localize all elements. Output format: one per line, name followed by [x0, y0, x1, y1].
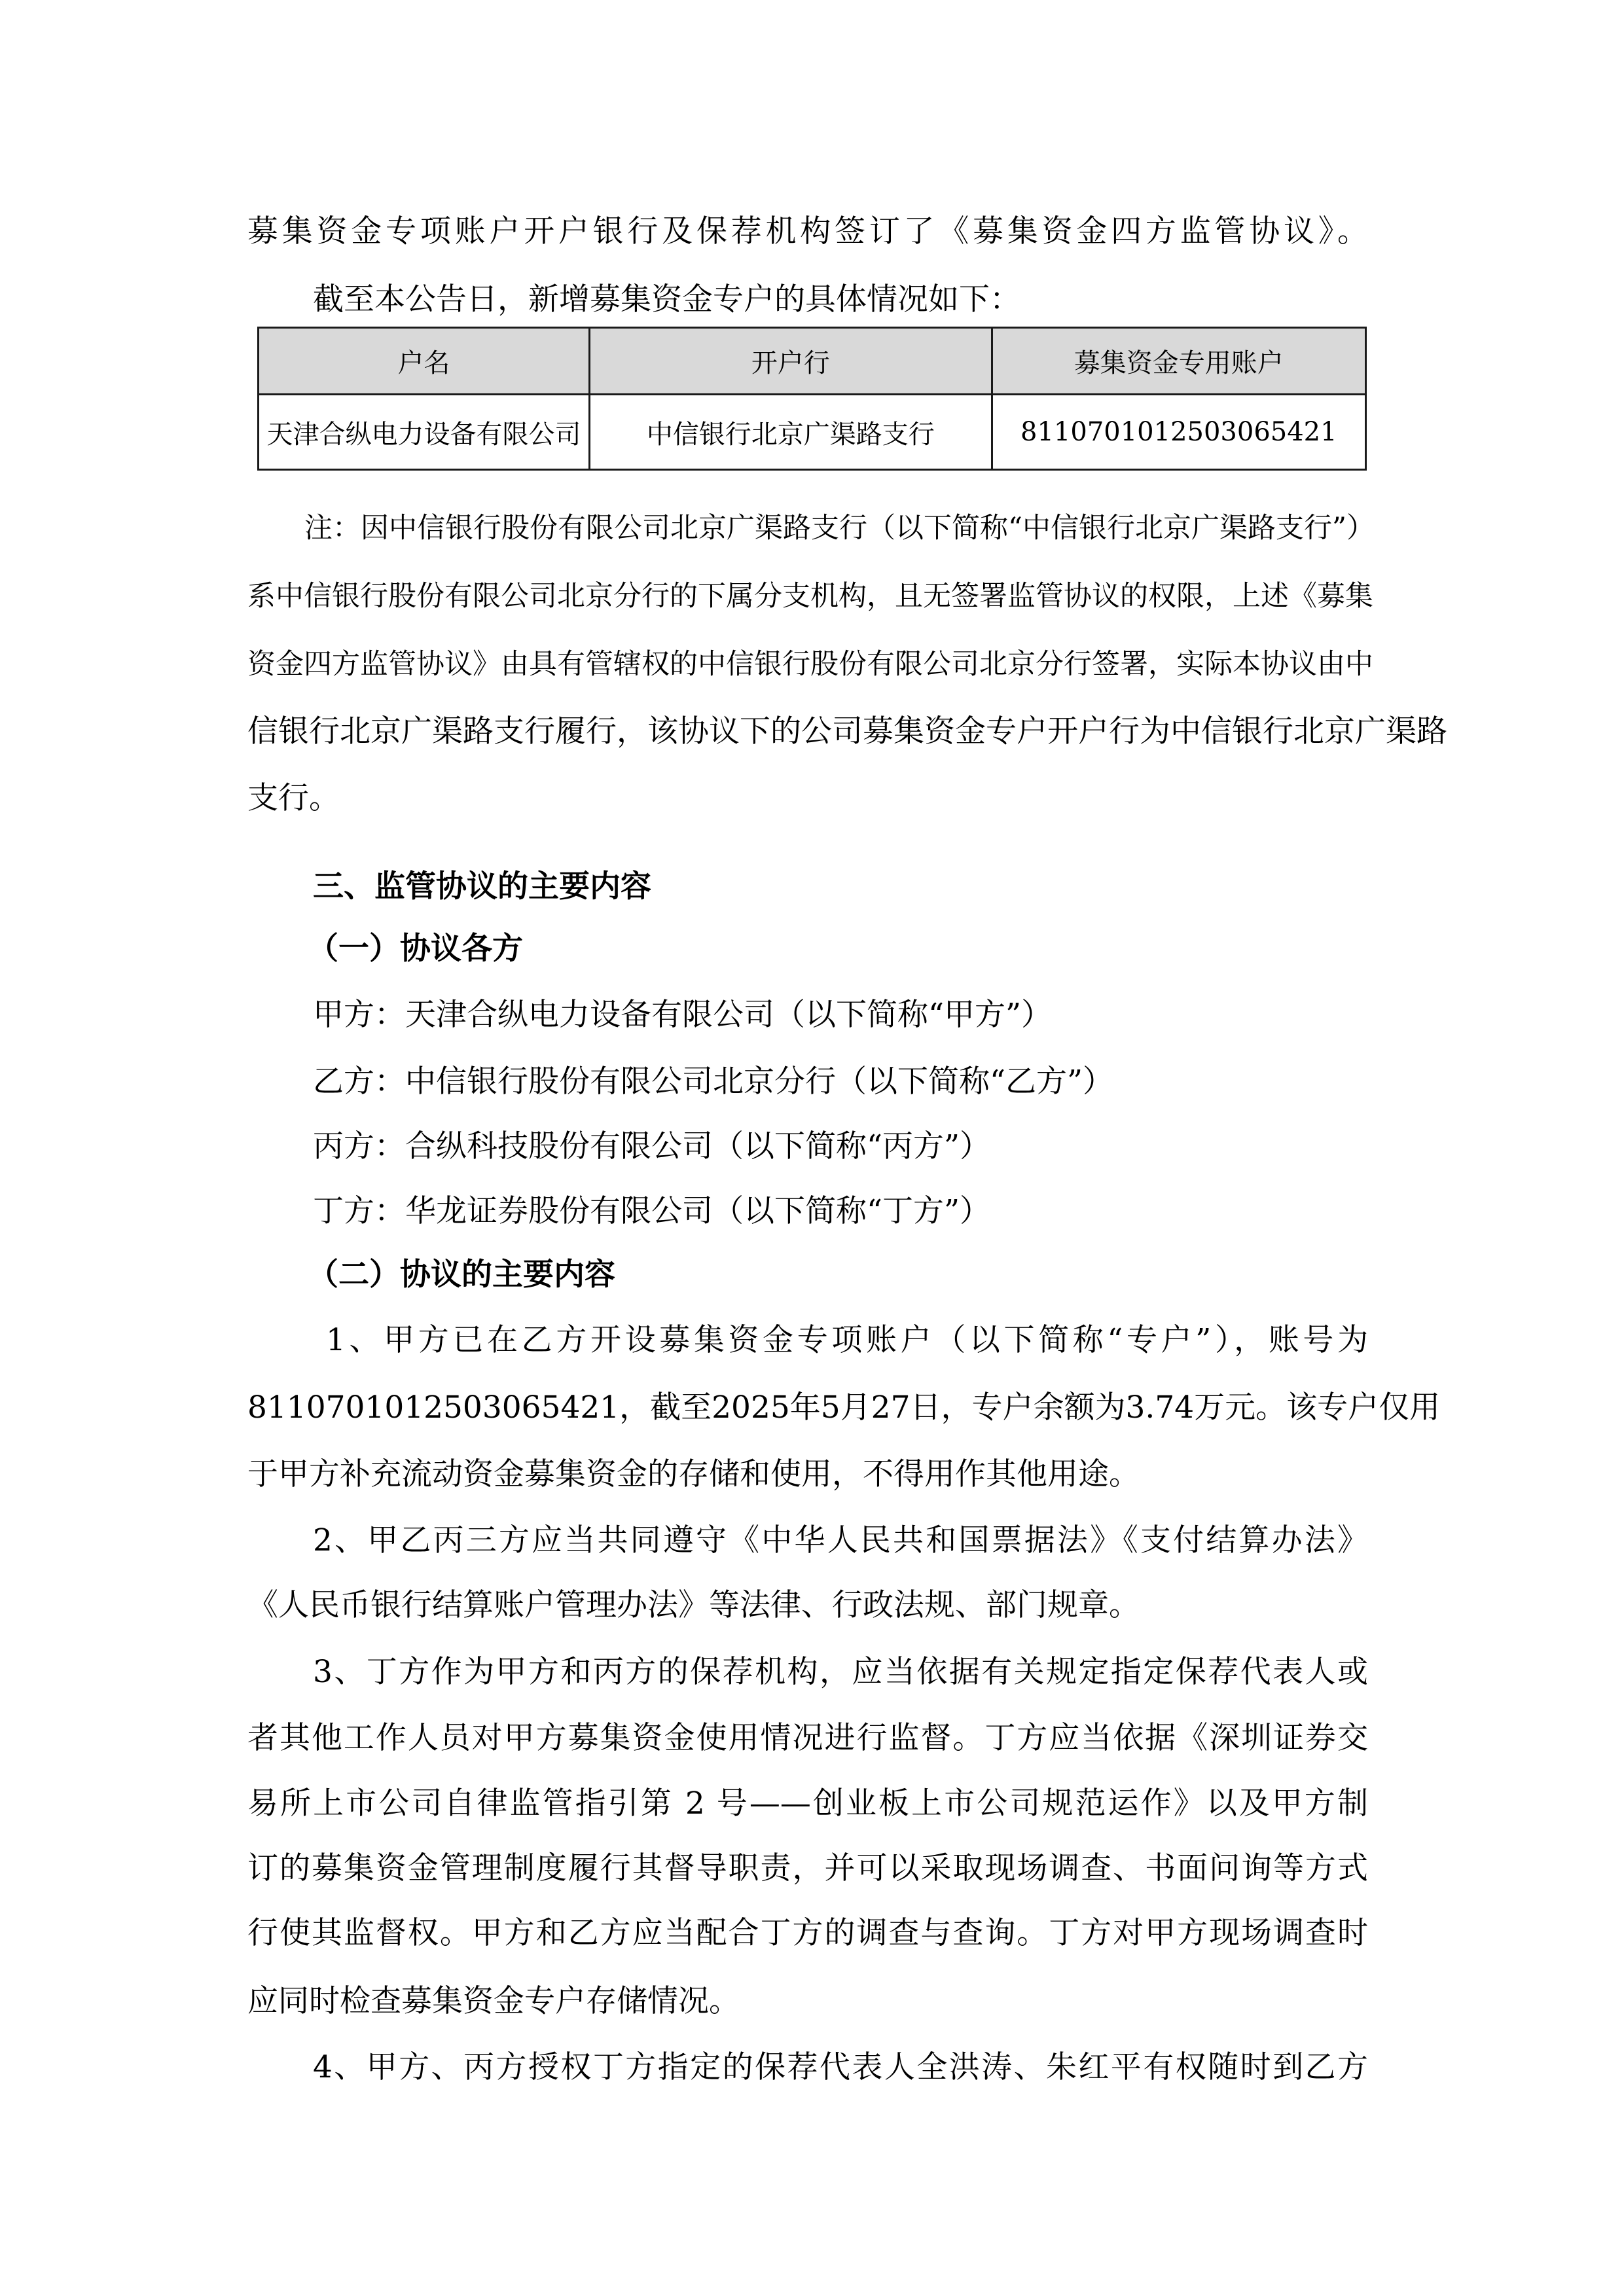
party-yi: 乙方：中信银行股份有限公司北京分行（以下简称“乙方”） [313, 1062, 1368, 1102]
note-line-4: 信银行北京广渠路支行履行，该协议下的公司募集资金专户开户行为中信银行北京广渠路 [247, 712, 1368, 751]
item2-line-1: 2、甲乙丙三方应当共同遵守《中华人民共和国票据法》《支付结算办法》 [313, 1521, 1368, 1560]
account-table: 户名 开户行 募集资金专用账户 天津合纵电力设备有限公司 中信银行北京广渠路支行… [257, 327, 1367, 471]
item1-line-3: 于甲方补充流动资金募集资金的存储和使用，不得用作其他用途。 [247, 1455, 1368, 1494]
section-title: 三、监管协议的主要内容 [313, 867, 1368, 906]
party-ding: 丁方：华龙证券股份有限公司（以下简称“丁方”） [313, 1192, 1368, 1231]
cell-account-name: 天津合纵电力设备有限公司 [259, 395, 590, 470]
intro-line-2: 截至本公告日，新增募集资金专户的具体情况如下： [313, 280, 1368, 319]
header-account-number: 募集资金专用账户 [992, 328, 1365, 395]
table-row: 天津合纵电力设备有限公司 中信银行北京广渠路支行 811070101250306… [259, 395, 1366, 470]
item2-line-2: 《人民币银行结算账户管理办法》等法律、行政法规、部门规章。 [247, 1586, 1368, 1625]
cell-bank: 中信银行北京广渠路支行 [590, 395, 992, 470]
party-bing: 丙方：合纵科技股份有限公司（以下简称“丙方”） [313, 1127, 1368, 1166]
subsection-1-title: （一）协议各方 [308, 929, 1428, 969]
item3-line-1: 3、丁方作为甲方和丙方的保荐机构，应当依据有关规定指定保荐代表人或 [313, 1653, 1368, 1692]
header-account-name: 户名 [259, 328, 590, 395]
note-line-5: 支行。 [247, 779, 1368, 818]
subsection-2-title: （二）协议的主要内容 [308, 1255, 1428, 1295]
header-bank: 开户行 [590, 328, 992, 395]
note-line-2: 系中信银行股份有限公司北京分行的下属分支机构，且无签署监管协议的权限，上述《募集 [247, 577, 1368, 616]
item3-line-6: 应同时检查募集资金专户存储情况。 [247, 1982, 1368, 2021]
note-line-3: 资金四方监管协议》由具有管辖权的中信银行股份有限公司北京分行签署，实际本协议由中 [247, 645, 1368, 684]
item3-line-5: 行使其监督权。甲方和乙方应当配合丁方的调查与查询。丁方对甲方现场调查时 [247, 1914, 1368, 1953]
item3-line-4: 订的募集资金管理制度履行其督导职责，并可以采取现场调查、书面问询等方式 [247, 1849, 1368, 1888]
cell-account-number: 8110701012503065421 [992, 395, 1365, 470]
party-jia: 甲方：天津合纵电力设备有限公司（以下简称“甲方”） [313, 996, 1368, 1035]
item3-line-2: 者其他工作人员对甲方募集资金使用情况进行监督。丁方应当依据《深圳证券交 [247, 1719, 1368, 1758]
item3-line-3: 易所上市公司自律监管指引第 2 号——创业板上市公司规范运作》以及甲方制 [247, 1784, 1368, 1823]
item1-line-2: 8110701012503065421，截至2025年5月27日，专户余额为3.… [247, 1388, 1368, 1427]
table-header-row: 户名 开户行 募集资金专用账户 [259, 328, 1366, 395]
item4-line-1: 4、甲方、丙方授权丁方指定的保荐代表人全洪涛、朱红平有权随时到乙方 [313, 2048, 1368, 2087]
note-line-1: 注：因中信银行股份有限公司北京广渠路支行（以下简称“中信银行北京广渠路支行”） [304, 509, 1368, 548]
item1-line-1: 1、甲方已在乙方开设募集资金专项账户（以下简称“专户”），账号为 [326, 1321, 1368, 1360]
intro-line-1: 募集资金专项账户开户银行及保荐机构签订了《募集资金四方监管协议》。 [247, 212, 1368, 251]
